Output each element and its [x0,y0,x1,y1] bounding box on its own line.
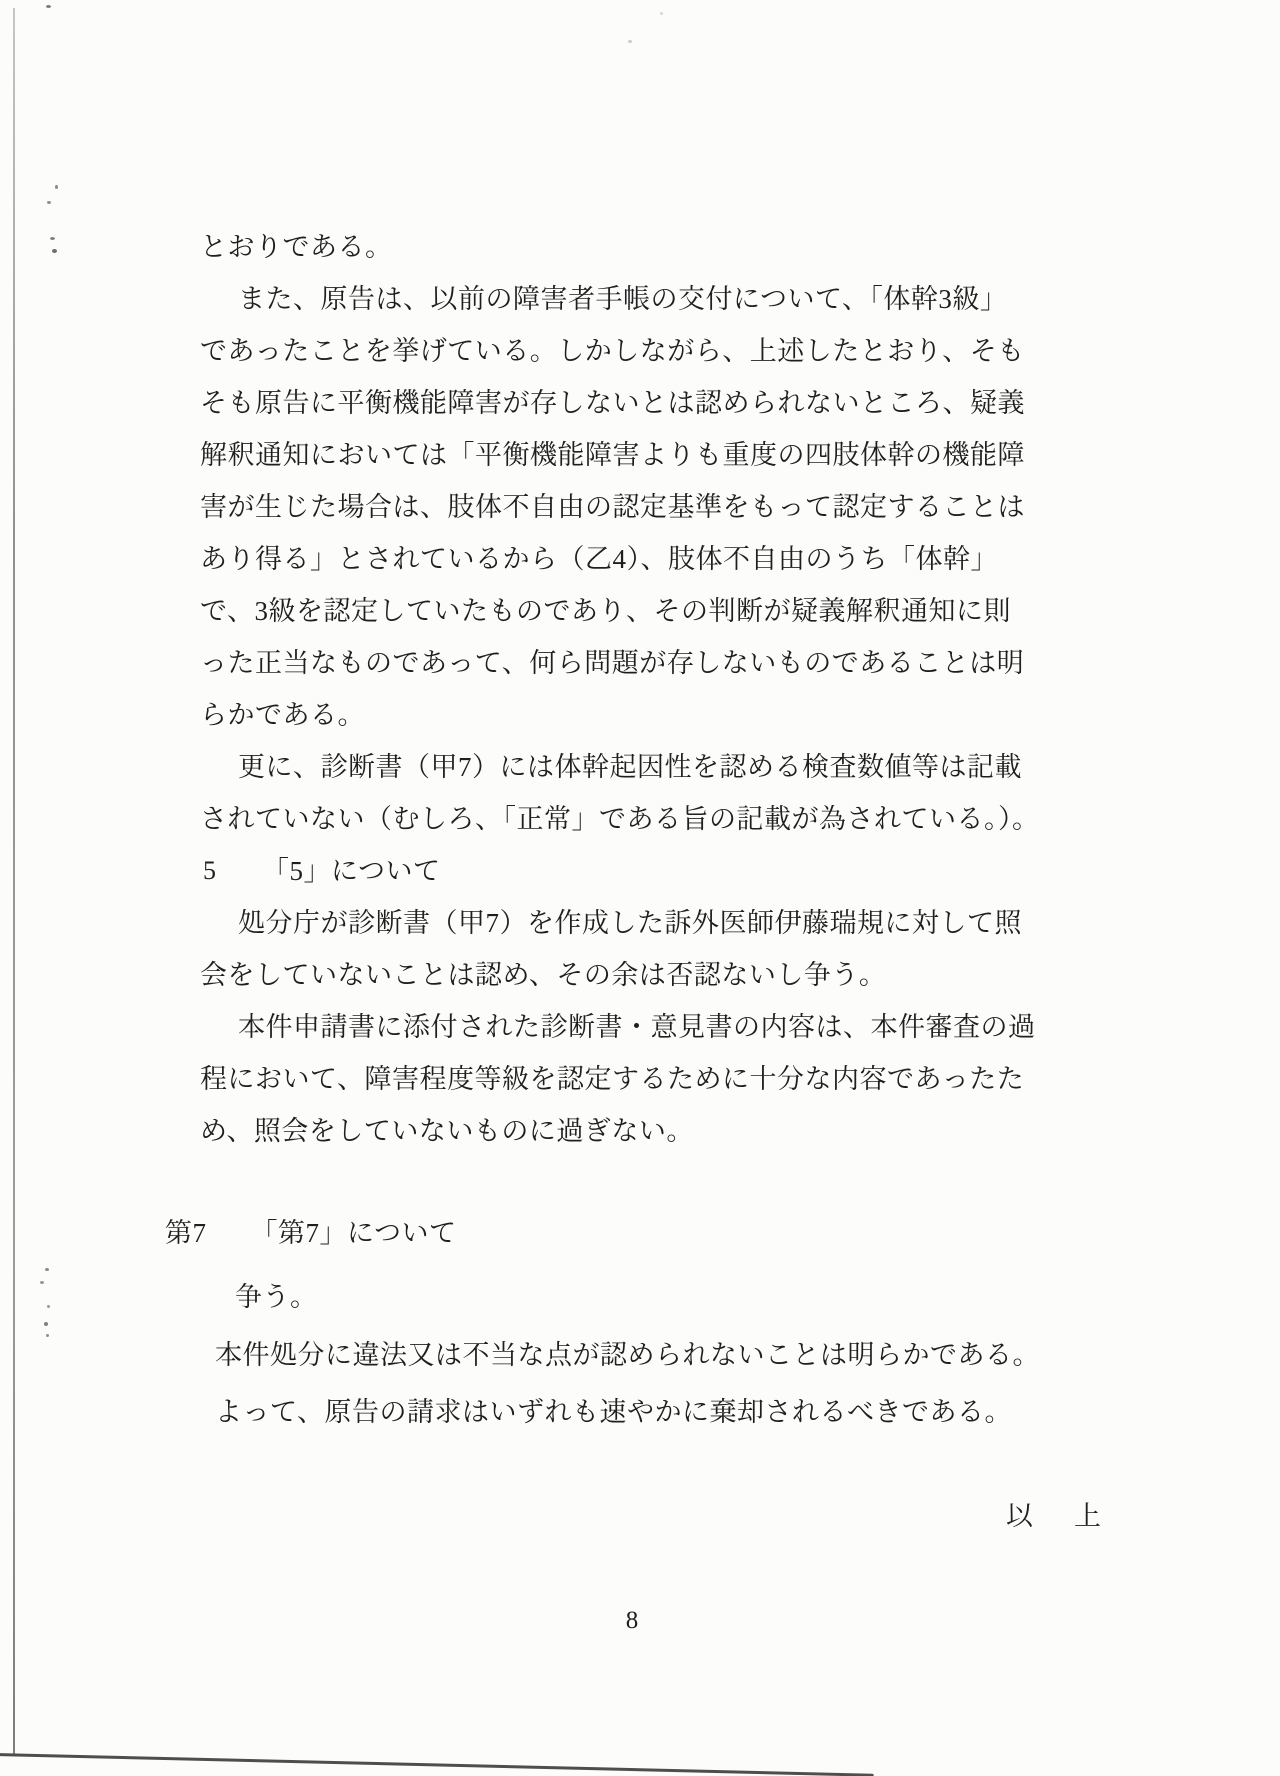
document-page: とおりである。 また、原告は、以前の障害者手帳の交付について、「体幹3級」 であ… [0,0,1280,1776]
text-line: 会をしていないことは認め、その余は否認ないし争う。 [200,949,1100,1001]
scan-edge-line-bottom [0,1753,874,1776]
text-line: よって、原告の請求はいずれも速やかに棄却されるべきである。 [165,1386,1105,1438]
section-7-block: 第7「第7」について 争う。 本件処分に違法又は不当な点が認められないことは明ら… [165,1207,1105,1438]
text-line: 害が生じた場合は、肢体不自由の認定基準をもって認定することは [200,481,1100,533]
text-line: とおりである。 [200,221,1100,273]
closing-mark: 以 上 [1006,1490,1108,1542]
scan-speck [52,249,57,253]
text-line: されていない（むしろ、「正常」である旨の記載が為されている。）。 [200,793,1100,845]
scan-speck [46,1334,49,1337]
text-line: あり得る」とされているから（乙4）、肢体不自由のうち「体幹」 [200,533,1100,585]
section-heading: 第7「第7」について [165,1207,1105,1271]
text-line: であったことを挙げている。しかしながら、上述したとおり、そも [200,325,1100,377]
section-title: 「第7」について [251,1218,457,1248]
scan-speck [47,201,51,204]
text-line: 争う。 [165,1271,1105,1329]
text-line: 解釈通知においては「平衡機能障害よりも重度の四肢体幹の機能障 [200,429,1100,481]
text-line: 更に、診断書（甲7）には体幹起因性を認める検査数値等は記載 [200,741,1100,793]
scan-speck [660,12,663,15]
text-line: 処分庁が診断書（甲7）を作成した訴外医師伊藤瑞規に対して照 [200,897,1100,949]
body-text-block: とおりである。 また、原告は、以前の障害者手帳の交付について、「体幹3級」 であ… [200,221,1100,1157]
list-item-number: 5 [203,845,217,897]
text-line: め、照会をしていないものに過ぎない。 [200,1105,1100,1157]
text-line: そも原告に平衡機能障害が存しないとは認められないところ、疑義 [200,377,1100,429]
scan-speck [50,237,55,240]
scan-speck [55,185,58,189]
text-line: 本件処分に違法又は不当な点が認められないことは明らかである。 [165,1329,1105,1386]
scan-speck [45,1268,49,1271]
list-item-5: 5 「5」について [200,845,1100,897]
scan-edge-line-left [13,8,15,1756]
text-line: で、3級を認定していたものであり、その判断が疑義解釈通知に則 [200,585,1100,637]
text-line: また、原告は、以前の障害者手帳の交付について、「体幹3級」 [200,273,1100,325]
scan-speck [628,40,632,43]
scan-speck [47,1305,50,1308]
scan-speck [44,1322,48,1326]
scan-speck [40,1281,44,1284]
text-line: 程において、障害程度等級を認定するために十分な内容であったた [200,1053,1100,1105]
scan-speck [46,5,51,8]
section-number: 第7 [165,1218,207,1248]
text-line: 本件申請書に添付された診断書・意見書の内容は、本件審査の過 [200,1001,1100,1053]
text-line: らかである。 [200,689,1100,741]
list-item-title: 「5」について [262,856,440,886]
text-line: った正当なものであって、何ら問題が存しないものであることは明 [200,637,1100,689]
page-number: 8 [600,1602,664,1640]
